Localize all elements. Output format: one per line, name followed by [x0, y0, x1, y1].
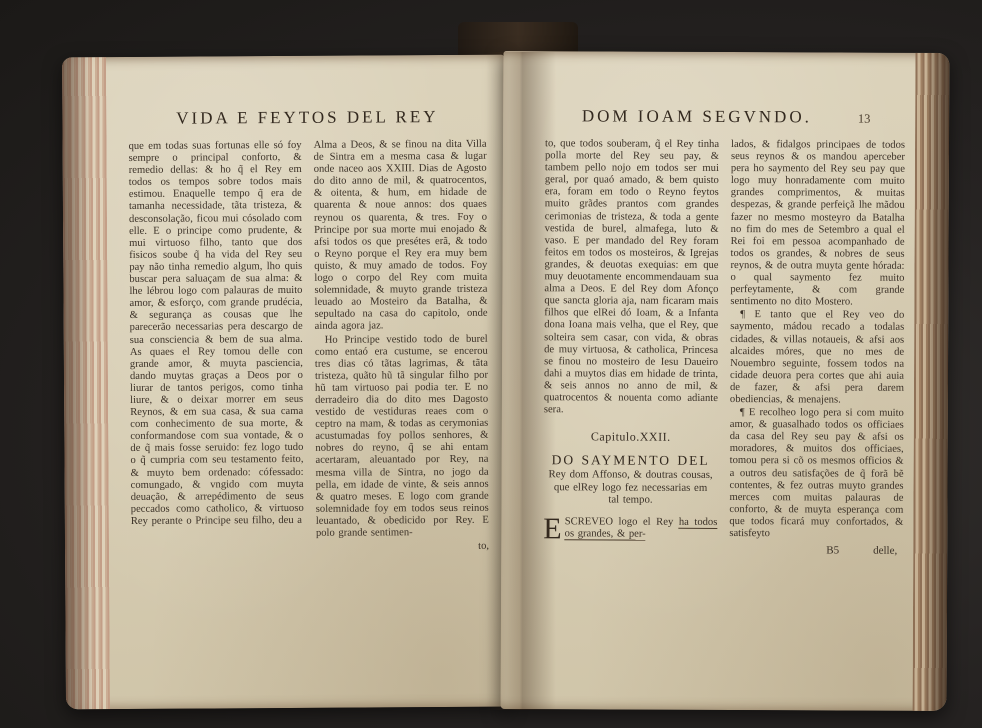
drop-cap: E	[543, 516, 564, 541]
running-head-right: DOM IOAM SEGVNDO. 13	[545, 106, 907, 128]
gathering-signature: B5	[826, 545, 839, 557]
chapter-title-rest: Rey dom Affonso, & doutras cousas, que e…	[547, 469, 713, 507]
chapter-title: DO SAYMENTO DEL Rey dom Affonso, & doutr…	[547, 454, 713, 506]
page-edge-stack-right	[913, 53, 950, 711]
right-col2-paragraph-3: ¶ E recolheo logo pera si com muito amor…	[729, 407, 904, 541]
folio-number: 13	[858, 112, 871, 127]
left-col1-paragraph: que em todas suas fortunas elle só foy s…	[129, 140, 304, 528]
incipit-paragraph: E SCREVEO logo el Rey ha todos os grande…	[543, 516, 717, 541]
right-column-2: lados, & fidalgos principaes de todos se…	[729, 139, 905, 557]
signature-row: B5 delle,	[729, 544, 903, 557]
left-column-1: que em todas suas fortunas elle só foy s…	[129, 140, 305, 555]
page-edge-stack-left	[62, 57, 110, 709]
incipit-text: SCREVEO logo el Rey	[565, 516, 674, 527]
page-right: DOM IOAM SEGVNDO. 13 to, que todos soube…	[501, 51, 950, 711]
left-col2-paragraph-1: Alma a Deos, & se finou na dita Villa de…	[314, 139, 488, 334]
right-column-1: to, que todos souberam, q̃ el Rey tinha …	[543, 138, 719, 556]
running-head-right-title: DOM IOAM SEGVNDO.	[582, 106, 812, 127]
right-page-columns: to, que todos souberam, q̃ el Rey tinha …	[543, 138, 907, 557]
running-head-left: VIDA E FEYTOS DEL REY	[128, 107, 486, 129]
page-right-content: DOM IOAM SEGVNDO. 13 to, que todos soube…	[543, 106, 908, 683]
right-col1-paragraph: to, que todos souberam, q̃ el Rey tinha …	[544, 138, 719, 417]
running-head-left-title: VIDA E FEYTOS DEL REY	[176, 107, 438, 129]
chapter-title-line1: DO SAYMENTO DEL	[548, 454, 714, 467]
right-page-catchword: delle,	[873, 545, 897, 557]
chapter-number-heading: Capitulo.XXII.	[544, 430, 718, 443]
right-col2-paragraph-2: ¶ E tanto que el Rey veo do saymento, má…	[730, 309, 904, 407]
left-column-2: Alma a Deos, & se finou na dita Villa de…	[314, 139, 490, 554]
page-left-content: VIDA E FEYTOS DEL REY que em todas suas …	[128, 107, 490, 684]
left-page-catchword: to,	[316, 541, 489, 554]
right-col2-paragraph-1: lados, & fidalgos principaes de todos se…	[730, 139, 905, 309]
page-left: VIDA E FEYTOS DEL REY que em todas suas …	[62, 55, 508, 710]
left-page-columns: que em todas suas fortunas elle só foy s…	[129, 139, 490, 555]
book-spread: VIDA E FEYTOS DEL REY que em todas suas …	[50, 22, 926, 706]
left-col2-paragraph-2: Ho Principe vestido todo de burel como e…	[315, 333, 489, 540]
